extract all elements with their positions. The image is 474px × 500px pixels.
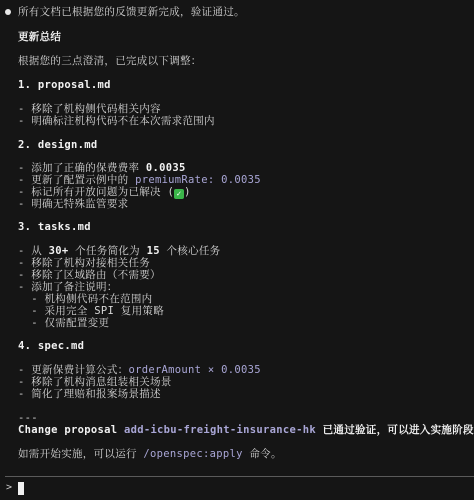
prompt-symbol: > [6,482,12,493]
list-item: - 移除了机构消息组装相关场景 [18,376,172,388]
list-item: - 仅需配置变更 [18,317,109,329]
list-item: - 从 30+ 个任务简化为 15 个核心任务 [18,245,220,257]
list-item: - 移除了机构对接相关任务 [18,257,150,269]
status-bullet-icon [5,9,11,15]
terminal-output: 所有文档已根据您的反馈更新完成，验证通过。 更新总结 根据您的三点澄清，已完成以… [0,0,474,500]
list-item: - 机构侧代码不在范围内 [18,293,153,305]
section-heading: 1. proposal.md [18,79,111,91]
list-item: - 简化了理赔和报案场景描述 [18,388,161,400]
list-item: - 移除了机构侧代码相关内容 [18,103,161,115]
section-heading: 3. tasks.md [18,221,91,233]
separator: --- [18,412,38,424]
check-icon: ✓ [174,189,184,199]
input-cursor[interactable] [18,482,24,495]
conclusion: Change proposal add-icbu-freight-insuran… [18,424,474,436]
list-item: - 添加了正确的保费费率 0.0035 [18,162,186,174]
section-heading: 4. spec.md [18,340,84,352]
list-item: - 采用完全 SPI 复用策略 [18,305,164,317]
summary-title: 更新总结 [18,31,61,43]
next-step: 如需开始实施，可以运行 /openspec:apply 命令。 [18,448,282,460]
intro-text: 根据您的三点澄清，已完成以下调整： [18,55,202,67]
list-item: - 更新保费计算公式：orderAmount × 0.0035 [18,364,261,376]
list-item: - 移除了区域路由（不需要） [18,269,161,281]
status-line: 所有文档已根据您的反馈更新完成，验证通过。 [18,6,245,18]
section-heading: 2. design.md [18,139,97,151]
list-item: - 添加了备注说明： [18,281,118,293]
list-item: - 明确标注机构代码不在本次需求范围内 [18,115,215,127]
list-item: - 更新了配置示例中的 premiumRate: 0.0035 [18,174,261,186]
input-divider [5,476,474,477]
list-item: - 明确无特殊监管要求 [18,198,128,210]
